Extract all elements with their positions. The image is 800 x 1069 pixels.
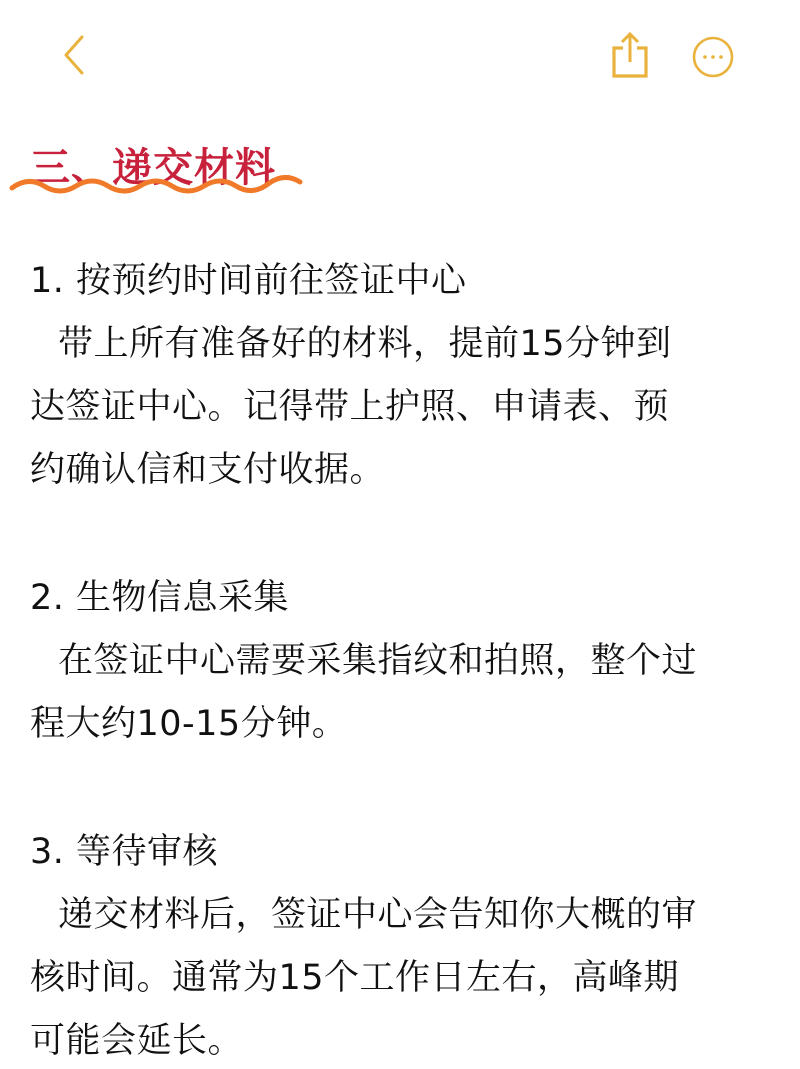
step-heading: 1. 按预约时间前往签证中心: [30, 250, 800, 313]
step-text-line: 递交材料后，签证中心会告知你大概的审: [30, 884, 800, 947]
step-text-line: 程大约10-15分钟。: [30, 693, 800, 756]
step-text-line: 约确认信和支付收据。: [30, 439, 800, 502]
step-text-line: 在签证中心需要采集指纹和拍照，整个过: [30, 630, 800, 693]
section-title-block: 三、递交材料: [8, 128, 308, 208]
wavy-underline-decoration: [8, 170, 308, 200]
top-navigation-bar: [0, 0, 800, 110]
share-button[interactable]: [608, 30, 652, 80]
step-3: 3. 等待审核 递交材料后，签证中心会告知你大概的审 核时间。通常为15个工作日…: [30, 821, 800, 1069]
step-heading: 2. 生物信息采集: [30, 567, 800, 630]
back-button[interactable]: [58, 33, 92, 77]
share-icon: [608, 30, 652, 80]
step-heading: 3. 等待审核: [30, 821, 800, 884]
step-text-line: 带上所有准备好的材料，提前15分钟到: [30, 313, 800, 376]
step-1: 1. 按预约时间前往签证中心 带上所有准备好的材料，提前15分钟到 达签证中心。…: [30, 250, 800, 502]
step-text-line: 达签证中心。记得带上护照、申请表、预: [30, 376, 800, 439]
step-text-line: 可能会延长。: [30, 1010, 800, 1069]
step-2: 2. 生物信息采集 在签证中心需要采集指纹和拍照，整个过 程大约10-15分钟。: [30, 567, 800, 756]
more-options-button[interactable]: [690, 34, 736, 80]
chevron-left-icon: [58, 33, 92, 77]
article-content: 1. 按预约时间前往签证中心 带上所有准备好的材料，提前15分钟到 达签证中心。…: [30, 250, 800, 1069]
step-text-line: 核时间。通常为15个工作日左右，高峰期: [30, 947, 800, 1010]
more-ellipsis-icon: [690, 34, 736, 80]
